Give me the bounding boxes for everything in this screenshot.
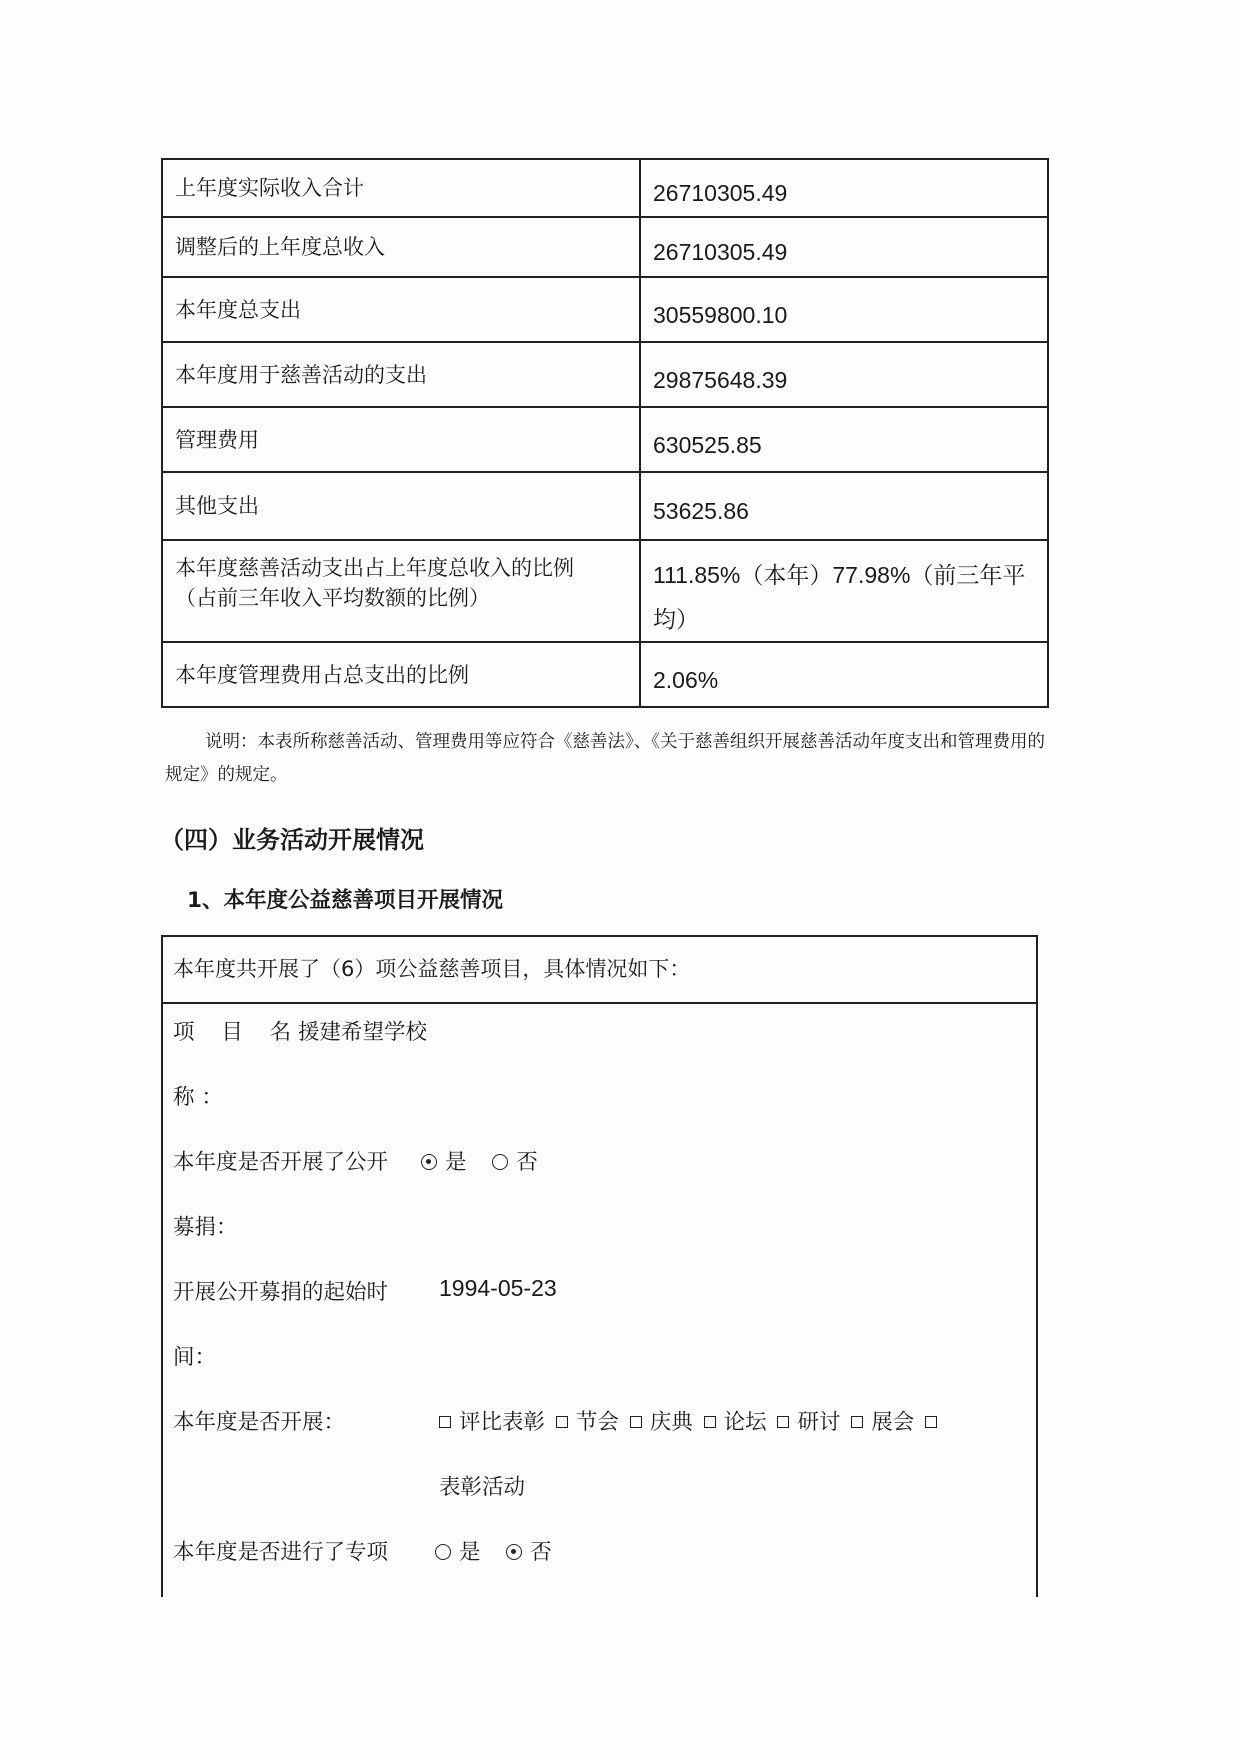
public-fundraising-label-line2: 募捐：	[173, 1210, 238, 1241]
finance-table: 上年度实际收入合计 26710305.49 调整后的上年度总收入 2671030…	[161, 158, 1049, 708]
table-row: 本年度总支出 30559800.10	[162, 277, 1048, 342]
row-label: 本年度慈善活动支出占上年度总收入的比例 （占前三年收入平均数额的比例）	[162, 540, 640, 642]
row-label: 本年度用于慈善活动的支出	[162, 342, 640, 407]
row-label: 上年度实际收入合计	[162, 159, 640, 217]
row-label: 本年度管理费用占总支出的比例	[162, 642, 640, 707]
row-label-line: （占前三年收入平均数额的比例）	[175, 583, 627, 613]
radio-no-selected-icon[interactable]	[506, 1544, 522, 1560]
row-value: 111.85%（本年）77.98%（前三年平 均）	[640, 540, 1048, 642]
checkbox-label: 庆典	[650, 1410, 693, 1435]
checkbox-icon[interactable]	[556, 1416, 568, 1428]
table-row: 本年度管理费用占总支出的比例 2.06%	[162, 642, 1048, 707]
radio-label: 是	[459, 1540, 481, 1565]
activities-checkbox-group: 评比表彰 节会 庆典 论坛 研讨 展会	[435, 1405, 945, 1436]
row-value-line: 111.85%（本年）77.98%（前三年平	[653, 553, 1035, 597]
radio-label: 是	[445, 1150, 467, 1175]
project-name-label-line1: 项 目 名	[173, 1015, 301, 1046]
checkbox-icon[interactable]	[851, 1416, 863, 1428]
row-value: 2.06%	[640, 642, 1048, 707]
checkbox-icon[interactable]	[925, 1416, 937, 1428]
row-value-line: 均）	[653, 597, 1035, 641]
radio-label: 否	[516, 1150, 538, 1175]
checkbox-icon[interactable]	[439, 1416, 451, 1428]
row-label: 管理费用	[162, 407, 640, 472]
fundraising-start-label: 开展公开募捐的起始时	[173, 1275, 388, 1306]
special-audit-label: 本年度是否进行了专项	[173, 1535, 388, 1566]
table-note: 说明：本表所称慈善活动、管理费用等应符合《慈善法》、《关于慈善组织开展慈善活动年…	[165, 726, 1045, 792]
table-row: 调整后的上年度总收入 26710305.49	[162, 217, 1048, 277]
row-label-line: 本年度慈善活动支出占上年度总收入的比例	[175, 553, 627, 583]
checkbox-label: 节会	[576, 1410, 619, 1435]
checkbox-icon[interactable]	[630, 1416, 642, 1428]
checkbox-icon[interactable]	[704, 1416, 716, 1428]
public-fundraising-label: 本年度是否开展了公开	[173, 1145, 388, 1176]
row-value: 630525.85	[640, 407, 1048, 472]
radio-no-icon[interactable]	[492, 1154, 508, 1170]
checkbox-label: 展会	[871, 1410, 914, 1435]
special-audit-radio-group: 是 否	[435, 1535, 552, 1566]
table-row: 上年度实际收入合计 26710305.49	[162, 159, 1048, 217]
checkbox-label: 评比表彰	[459, 1410, 545, 1435]
row-value: 26710305.49	[640, 217, 1048, 277]
radio-yes-selected-icon[interactable]	[421, 1154, 437, 1170]
row-value: 30559800.10	[640, 277, 1048, 342]
table-row: 其他支出 53625.86	[162, 472, 1048, 540]
project-box: 本年度共开展了（6）项公益慈善项目，具体情况如下： 项 目 名 援建希望学校 称…	[161, 935, 1038, 1597]
radio-yes-icon[interactable]	[435, 1544, 451, 1560]
checkbox-label: 论坛	[724, 1410, 767, 1435]
project-name-value: 援建希望学校	[298, 1015, 427, 1046]
row-label: 其他支出	[162, 472, 640, 540]
table-row: 本年度用于慈善活动的支出 29875648.39	[162, 342, 1048, 407]
project-name-label-line2: 称 ：	[173, 1080, 223, 1111]
section-heading: （四）业务活动开展情况	[160, 820, 424, 855]
project-box-header: 本年度共开展了（6）项公益慈善项目，具体情况如下：	[163, 937, 1036, 1004]
activities-label: 本年度是否开展：	[173, 1405, 345, 1436]
checkbox-label: 研讨	[797, 1410, 840, 1435]
fundraising-start-label-line2: 间：	[173, 1340, 216, 1371]
table-row: 本年度慈善活动支出占上年度总收入的比例 （占前三年收入平均数额的比例） 111.…	[162, 540, 1048, 642]
project-name-label: 项 目 名	[173, 1020, 301, 1045]
radio-label: 否	[530, 1540, 552, 1565]
public-fundraising-radio-group: 是 否	[421, 1145, 538, 1176]
activities-option-wrap: 表彰活动	[439, 1470, 525, 1501]
checkbox-icon[interactable]	[777, 1416, 789, 1428]
row-value: 29875648.39	[640, 342, 1048, 407]
table-row: 管理费用 630525.85	[162, 407, 1048, 472]
section-subheading: 1、本年度公益慈善项目开展情况	[187, 883, 503, 914]
row-label: 调整后的上年度总收入	[162, 217, 640, 277]
row-value: 26710305.49	[640, 159, 1048, 217]
row-value: 53625.86	[640, 472, 1048, 540]
row-label: 本年度总支出	[162, 277, 640, 342]
fundraising-start-value: 1994-05-23	[439, 1275, 557, 1302]
